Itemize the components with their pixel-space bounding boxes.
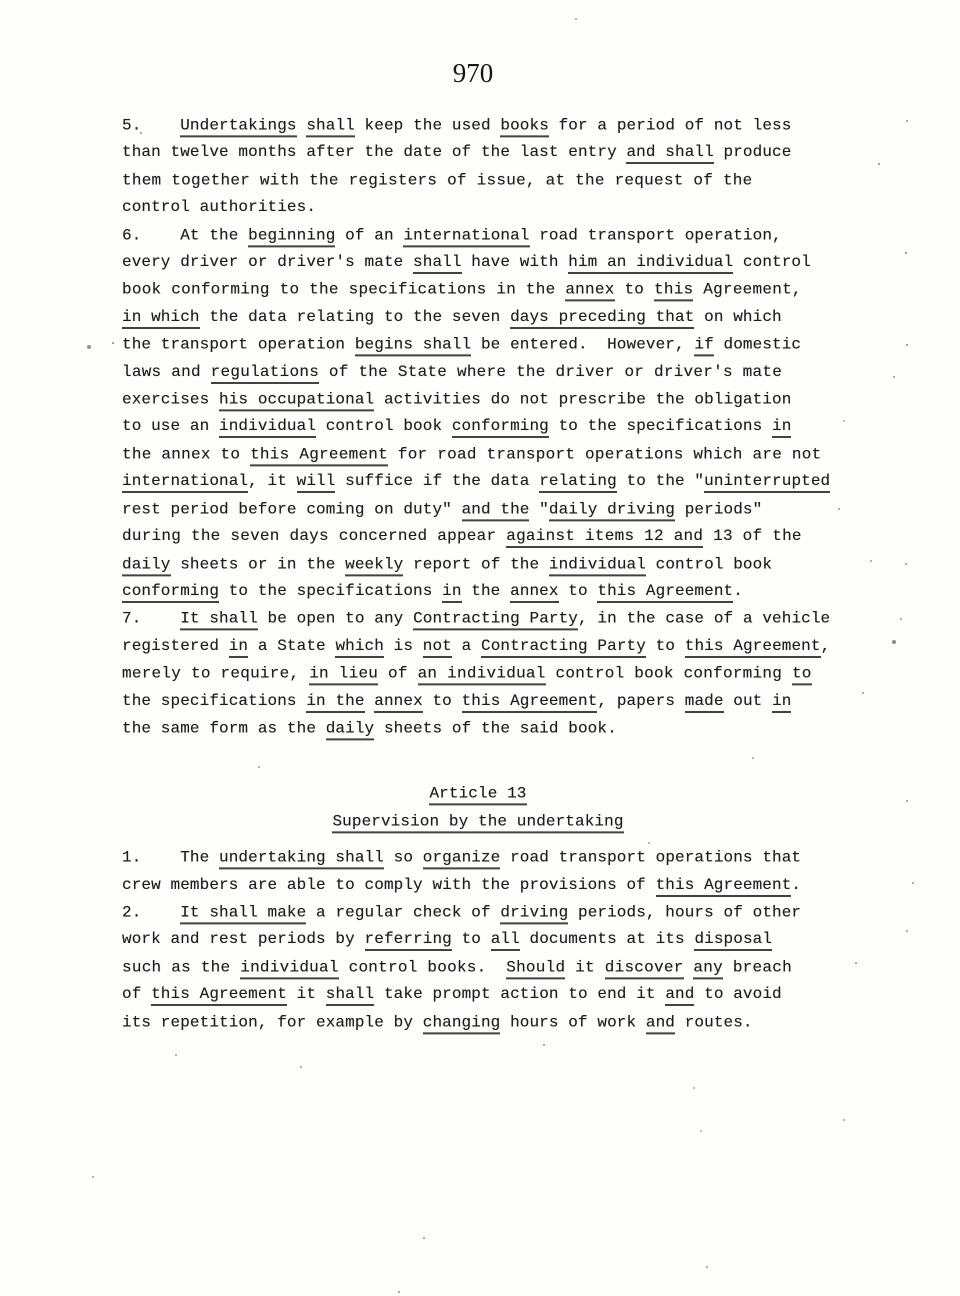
text-line: its repetition, for example by changing … [122, 1009, 856, 1036]
underlined-text: uninterrupted [704, 472, 830, 493]
text-line: to use an individual control book confor… [122, 413, 856, 440]
text-segment: . [791, 876, 801, 894]
text-segment: to [615, 281, 654, 299]
underlined-text: his occupational [219, 390, 374, 411]
text-segment: , in the case of a vehicle [578, 610, 830, 628]
text-segment: domestic [714, 336, 801, 354]
underlined-text: Supervision by the undertaking [332, 812, 623, 833]
text-segment: report of the [403, 555, 549, 573]
text-segment: 13 of the [703, 527, 802, 545]
text-segment: registered [122, 637, 229, 655]
text-segment: control authorities. [122, 198, 316, 216]
text-segment: out [724, 692, 773, 710]
text-segment: to avoid [694, 985, 781, 1003]
text-segment: to the specifications [549, 417, 772, 435]
underlined-text: any [693, 958, 723, 979]
text-segment: " [529, 500, 548, 518]
text-segment: keep the used [355, 116, 501, 134]
text-segment: , papers [597, 692, 684, 710]
text-line: work and rest periods by referring to al… [122, 926, 856, 953]
text-segment: of an [335, 226, 403, 244]
page-number: 970 [0, 58, 946, 88]
underlined-text: beginning [248, 226, 335, 247]
underlined-text: discover [605, 958, 684, 979]
text-segment: to the specifications [219, 582, 442, 600]
underlined-text: days preceding that [510, 308, 694, 329]
document-body: 5. Undertakings shall keep the used book… [122, 112, 856, 1036]
underlined-text: made [685, 692, 724, 713]
underlined-text: and [665, 985, 694, 1006]
text-line: the same form as the daily sheets of the… [122, 715, 856, 742]
paragraph-6: 6. At the beginning of an international … [122, 222, 856, 606]
text-segment: during the seven days concerned appear [122, 527, 506, 545]
text-line: 7. It shall be open to any Contracting P… [122, 606, 856, 633]
underlined-text: this [654, 281, 693, 302]
underlined-text: begins shall [355, 336, 471, 357]
text-line: registered in a State which is not a Con… [122, 633, 856, 660]
text-segment: the specifications [122, 692, 306, 710]
text-line: the specifications in the annex to this … [122, 688, 856, 715]
text-segment: to [452, 930, 491, 948]
text-segment: to [423, 692, 462, 710]
underlined-text: in which [122, 308, 200, 329]
underlined-text: an individual [418, 665, 546, 686]
underlined-text: weekly [345, 555, 403, 576]
text-segment: exercises [122, 390, 219, 408]
underlined-text: daily [122, 555, 171, 576]
text-segment: sheets or in the [171, 555, 346, 573]
text-segment: , it [248, 472, 297, 490]
underlined-text: It shall [180, 610, 258, 631]
underlined-text: international [403, 226, 529, 247]
text-segment: hours of work [500, 1013, 646, 1031]
text-segment: the [462, 582, 511, 600]
text-segment: sheets of the said book. [374, 719, 617, 737]
text-segment: Agreement, [693, 281, 801, 299]
text-segment: the transport operation [122, 336, 355, 354]
paragraph-5: 5. Undertakings shall keep the used book… [122, 112, 856, 222]
text-segment: merely to require, [122, 665, 309, 683]
text-segment: of [122, 985, 151, 1003]
text-segment: a regular check of [306, 903, 500, 921]
text-segment: , [821, 637, 831, 655]
underlined-text: daily [326, 719, 375, 740]
underlined-text: if [694, 336, 713, 357]
text-segment: it [565, 958, 604, 976]
gap-after-subheading [122, 835, 856, 844]
text-segment: so [384, 849, 423, 867]
text-line: rest period before coming on duty" and t… [122, 496, 856, 523]
text-segment: be entered. However, [471, 336, 694, 354]
text-segment: such as the [122, 958, 240, 976]
text-line: merely to require, in lieu of an individ… [122, 661, 856, 688]
underlined-text: in [772, 692, 791, 713]
underlined-text: and shall [626, 143, 713, 164]
gap-before-article-heading [122, 742, 856, 780]
text-segment: of [378, 665, 417, 683]
text-line: them together with the registers of issu… [122, 167, 856, 194]
underlined-text: against items 12 and [506, 527, 703, 548]
underlined-text: this Agreement [151, 985, 287, 1006]
underlined-text: all [491, 930, 520, 951]
underlined-text: shall [306, 116, 355, 137]
text-segment: to [646, 637, 685, 655]
underlined-text: annex [374, 692, 423, 713]
text-line: daily sheets or in the weekly report of … [122, 551, 856, 578]
underlined-text: It shall make [180, 903, 306, 924]
text-segment [297, 116, 307, 134]
text-line: Supervision by the undertaking [122, 808, 856, 835]
text-segment: control book [316, 417, 452, 435]
text-segment: control [733, 253, 811, 271]
text-line: control authorities. [122, 194, 856, 221]
text-segment: 6. At the [122, 226, 248, 244]
text-segment: a State [248, 637, 335, 655]
text-segment: to the " [617, 472, 704, 490]
underlined-text: Undertakings [180, 116, 296, 137]
text-line: 2. It shall make a regular check of driv… [122, 899, 856, 926]
underlined-text: organize [423, 849, 501, 870]
underlined-text: daily driving [549, 500, 675, 521]
text-segment: 5. [122, 116, 180, 134]
underlined-text: changing [423, 1013, 501, 1034]
underlined-text: individual [240, 958, 339, 979]
article-subheading: Supervision by the undertaking [122, 808, 856, 835]
text-line: than twelve months after the date of the… [122, 139, 856, 166]
underlined-text: annex [510, 582, 559, 603]
text-segment: periods" [675, 500, 762, 518]
text-line: 5. Undertakings shall keep the used book… [122, 112, 856, 139]
text-segment: crew members are able to comply with the… [122, 876, 656, 894]
underlined-text: him an individual [568, 253, 733, 274]
underlined-text: this Agreement [597, 582, 733, 603]
text-segment: is [384, 637, 423, 655]
scan-noise-specks [0, 0, 2, 2]
underlined-text: relating [539, 472, 617, 493]
text-line: such as the individual control books. Sh… [122, 954, 856, 981]
underlined-text: shall [413, 253, 462, 274]
underlined-text: shall [326, 985, 375, 1006]
text-line: every driver or driver's mate shall have… [122, 249, 856, 276]
text-segment: of the State where the driver or driver'… [319, 363, 782, 381]
text-segment: than twelve months after the date of the… [122, 143, 626, 161]
text-line: 1. The undertaking shall so organize roa… [122, 845, 856, 872]
underlined-text: this Agreement [685, 637, 821, 658]
underlined-text: Contracting Party [481, 637, 646, 658]
text-segment: road transport operation, [530, 226, 782, 244]
underlined-text: in [772, 417, 791, 438]
document-page: 970 5. Undertakings shall keep the used … [0, 0, 960, 1296]
text-segment [684, 958, 694, 976]
underlined-text: this Agreement [250, 445, 388, 466]
text-line: crew members are able to comply with the… [122, 872, 856, 899]
text-segment: breach [723, 958, 792, 976]
text-line: during the seven days concerned appear a… [122, 523, 856, 550]
text-segment: the same form as the [122, 719, 326, 737]
text-segment: control book [646, 555, 772, 573]
underlined-text: in [229, 637, 248, 658]
text-line: 6. At the beginning of an international … [122, 222, 856, 249]
text-line: exercises his occupational activities do… [122, 386, 856, 413]
text-segment: . [733, 582, 743, 600]
underlined-text: in the [306, 692, 364, 713]
text-segment: control book conforming [546, 665, 792, 683]
text-segment: book conforming to the specifications in… [122, 281, 565, 299]
underlined-text: in lieu [309, 665, 378, 686]
text-segment: road transport operations that [500, 849, 801, 867]
text-segment: on which [694, 308, 781, 326]
article-heading: Article 13 [122, 780, 856, 807]
text-line: laws and regulations of the State where … [122, 359, 856, 386]
text-segment: laws and [122, 363, 211, 381]
text-segment: 1. The [122, 849, 219, 867]
text-line: in which the data relating to the seven … [122, 304, 856, 331]
text-line: conforming to the specifications in the … [122, 578, 856, 605]
text-segment: the annex to [122, 445, 250, 463]
text-segment: routes. [675, 1013, 753, 1031]
underlined-text: in [442, 582, 461, 603]
underlined-text: international [122, 472, 248, 493]
text-segment: documents at its [520, 930, 695, 948]
underlined-text: referring [365, 930, 452, 951]
underlined-text: conforming [452, 417, 549, 438]
text-segment: every driver or driver's mate [122, 253, 413, 271]
underlined-text: regulations [211, 363, 319, 384]
text-segment: take prompt action to end it [374, 985, 665, 1003]
text-segment: for a period of not less [549, 116, 792, 134]
text-segment: 7. [122, 610, 180, 628]
text-segment: be open to any [258, 610, 413, 628]
underlined-text: not [423, 637, 452, 658]
paragraph-2: 2. It shall make a regular check of driv… [122, 899, 856, 1036]
underlined-text: will [297, 472, 336, 493]
underlined-text: to [792, 665, 812, 686]
text-line: international, it will suffice if the da… [122, 468, 856, 495]
text-line: Article 13 [122, 781, 856, 808]
text-segment: control books. [339, 958, 506, 976]
underlined-text: and the [462, 500, 530, 521]
text-segment: rest period before coming on duty" [122, 500, 462, 518]
underlined-text: which [335, 637, 384, 658]
text-segment: work and rest periods by [122, 930, 365, 948]
text-segment: suffice if the data [335, 472, 539, 490]
text-line: the transport operation begins shall be … [122, 332, 856, 359]
underlined-text: annex [565, 281, 614, 302]
underlined-text: individual [549, 555, 646, 576]
underlined-text: books [500, 116, 549, 137]
text-segment: 2. [122, 903, 180, 921]
text-segment: for road transport operations which are … [388, 445, 821, 463]
text-segment [365, 692, 375, 710]
underlined-text: individual [219, 417, 316, 438]
underlined-text: and [646, 1013, 675, 1034]
text-segment: produce [714, 143, 792, 161]
text-segment: a [452, 637, 481, 655]
text-segment: its repetition, for example by [122, 1013, 423, 1031]
text-line: book conforming to the specifications in… [122, 277, 856, 304]
text-segment: to [559, 582, 598, 600]
underlined-text: Contracting Party [413, 610, 578, 631]
underlined-text: Should [506, 958, 565, 979]
paragraph-7: 7. It shall be open to any Contracting P… [122, 605, 856, 742]
text-line: of this Agreement it shall take prompt a… [122, 981, 856, 1008]
text-segment: it [287, 985, 326, 1003]
underlined-text: disposal [694, 930, 772, 951]
text-segment: to use an [122, 417, 219, 435]
text-segment: activities do not prescribe the obligati… [374, 390, 791, 408]
underlined-text: undertaking shall [219, 849, 384, 870]
text-line: the annex to this Agreement for road tra… [122, 441, 856, 468]
paragraph-1: 1. The undertaking shall so organize roa… [122, 844, 856, 899]
underlined-text: conforming [122, 582, 219, 603]
underlined-text: Article 13 [429, 785, 526, 806]
text-segment: periods, hours of other [568, 903, 801, 921]
text-segment: them together with the registers of issu… [122, 171, 753, 189]
underlined-text: this Agreement [462, 692, 598, 713]
text-segment: the data relating to the seven [200, 308, 510, 326]
underlined-text: driving [500, 903, 568, 924]
text-segment: have with [462, 253, 569, 271]
underlined-text: this Agreement [656, 876, 792, 897]
